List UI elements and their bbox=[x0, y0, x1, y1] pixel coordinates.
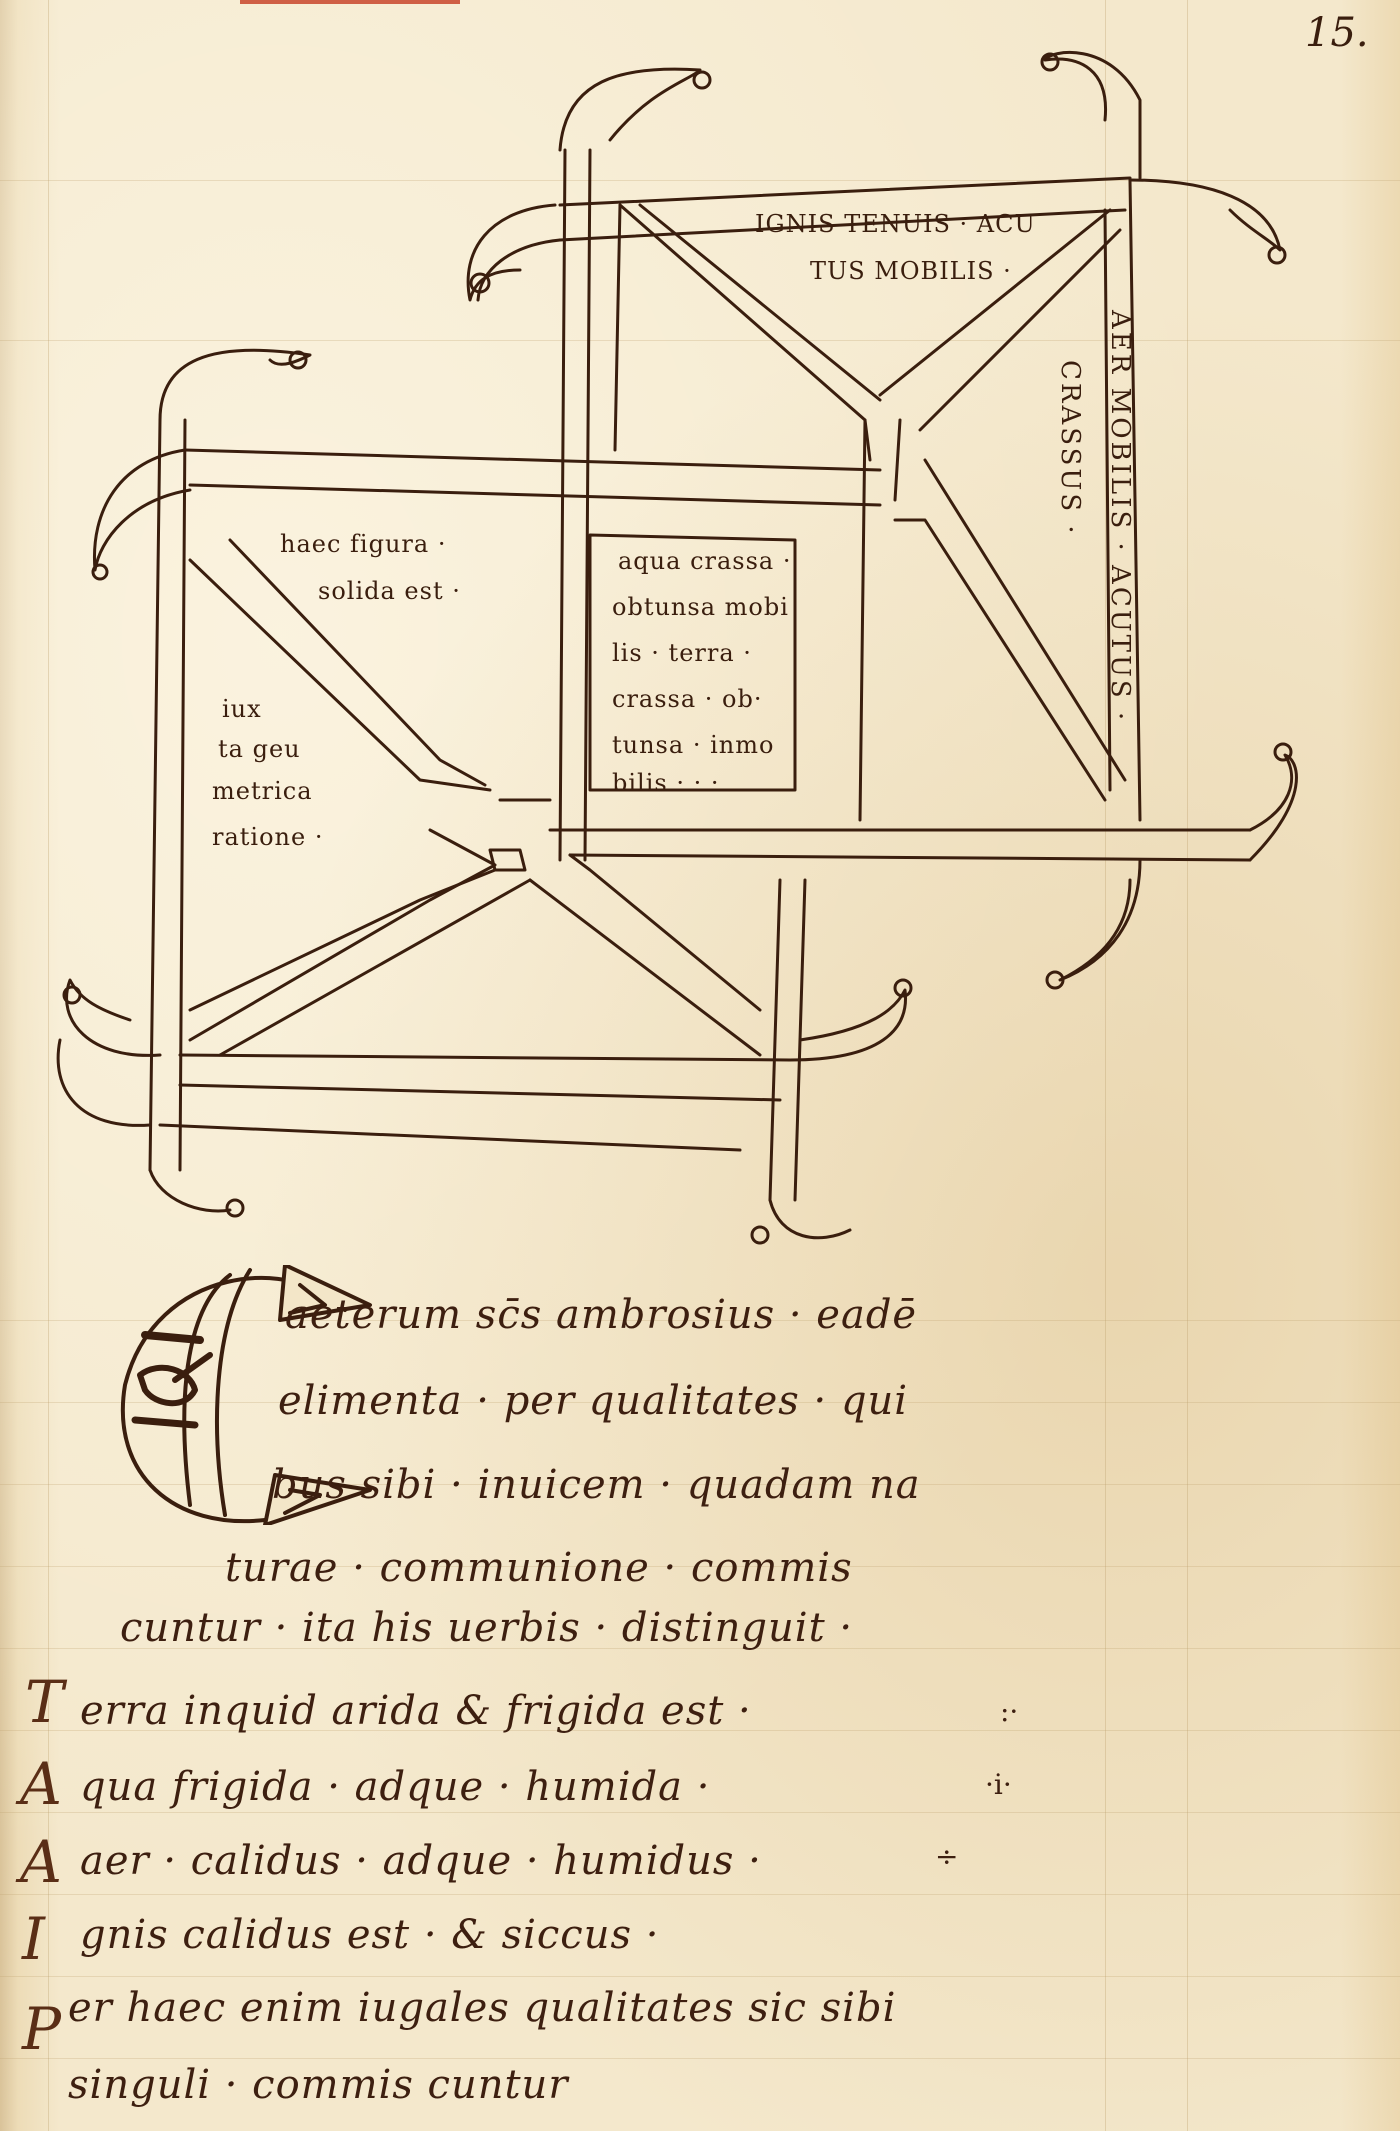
margin-initial-a: A bbox=[20, 1828, 62, 1896]
label-aqua-5: tunsa · inmo bbox=[612, 726, 774, 764]
line-end-mark: :· bbox=[1000, 1695, 1018, 1728]
label-aqua-1: aqua crassa · bbox=[618, 542, 792, 580]
text-line-3: bus sibi · inuicem · quadam na bbox=[272, 1462, 921, 1508]
margin-initial-t: T bbox=[25, 1668, 64, 1736]
ruling-line bbox=[0, 1894, 1400, 1895]
line-end-mark: ·i· bbox=[985, 1768, 1012, 1801]
text-line-9: gnis calidus est · & siccus · bbox=[80, 1912, 659, 1958]
label-aer-inner: CRASSUS · bbox=[1055, 360, 1085, 537]
ruling-line bbox=[0, 2058, 1400, 2059]
text-line-11: singuli · commis cuntur bbox=[68, 2062, 568, 2108]
manuscript-page: 15. bbox=[0, 0, 1400, 2131]
label-aqua-2: obtunsa mobi bbox=[612, 588, 789, 626]
label-aqua-4: crassa · ob· bbox=[612, 680, 763, 718]
line-end-mark: ÷ bbox=[935, 1840, 958, 1873]
text-line-8: aer · calidus · adque · humidus · bbox=[80, 1838, 762, 1884]
text-line-7: qua frigida · adque · humida · bbox=[80, 1764, 710, 1810]
label-iux-3: metrica bbox=[212, 772, 313, 810]
ruling-line bbox=[0, 1976, 1400, 1977]
text-line-1: aeterum sc̄s ambrosius · eadē bbox=[285, 1292, 917, 1338]
ruling-line bbox=[0, 1812, 1400, 1813]
text-line-10: er haec enim iugales qualitates sic sibi bbox=[68, 1985, 896, 2031]
label-haec-1: haec figura · bbox=[280, 525, 446, 563]
text-line-2: elimenta · per qualitates · qui bbox=[278, 1378, 908, 1424]
elements-diagram bbox=[0, 0, 1400, 1260]
text-line-4: turae · communione · commis bbox=[225, 1545, 853, 1591]
label-ignis-1: IGNIS TENUIS · ACU bbox=[755, 205, 1036, 243]
margin-initial-i: I bbox=[22, 1905, 45, 1973]
label-aqua-3: lis · terra · bbox=[612, 634, 752, 672]
text-line-6: erra inquid arida & frigida est · bbox=[80, 1688, 752, 1734]
label-aer-outer: AER MOBILIS · ACUTUS · bbox=[1105, 310, 1135, 723]
label-iux-1: iux bbox=[222, 690, 262, 728]
text-line-5: cuntur · ita his uerbis · distinguit · bbox=[120, 1605, 853, 1651]
label-aqua-6: bilis · · · bbox=[612, 764, 719, 802]
margin-initial-p: P bbox=[22, 1995, 61, 2063]
label-haec-2: solida est · bbox=[318, 572, 461, 610]
margin-initial-a: A bbox=[20, 1750, 62, 1818]
label-iux-2: ta geu bbox=[218, 730, 301, 768]
label-iux-4: ratione · bbox=[212, 818, 323, 856]
label-ignis-2: TUS MOBILIS · bbox=[810, 252, 1012, 290]
